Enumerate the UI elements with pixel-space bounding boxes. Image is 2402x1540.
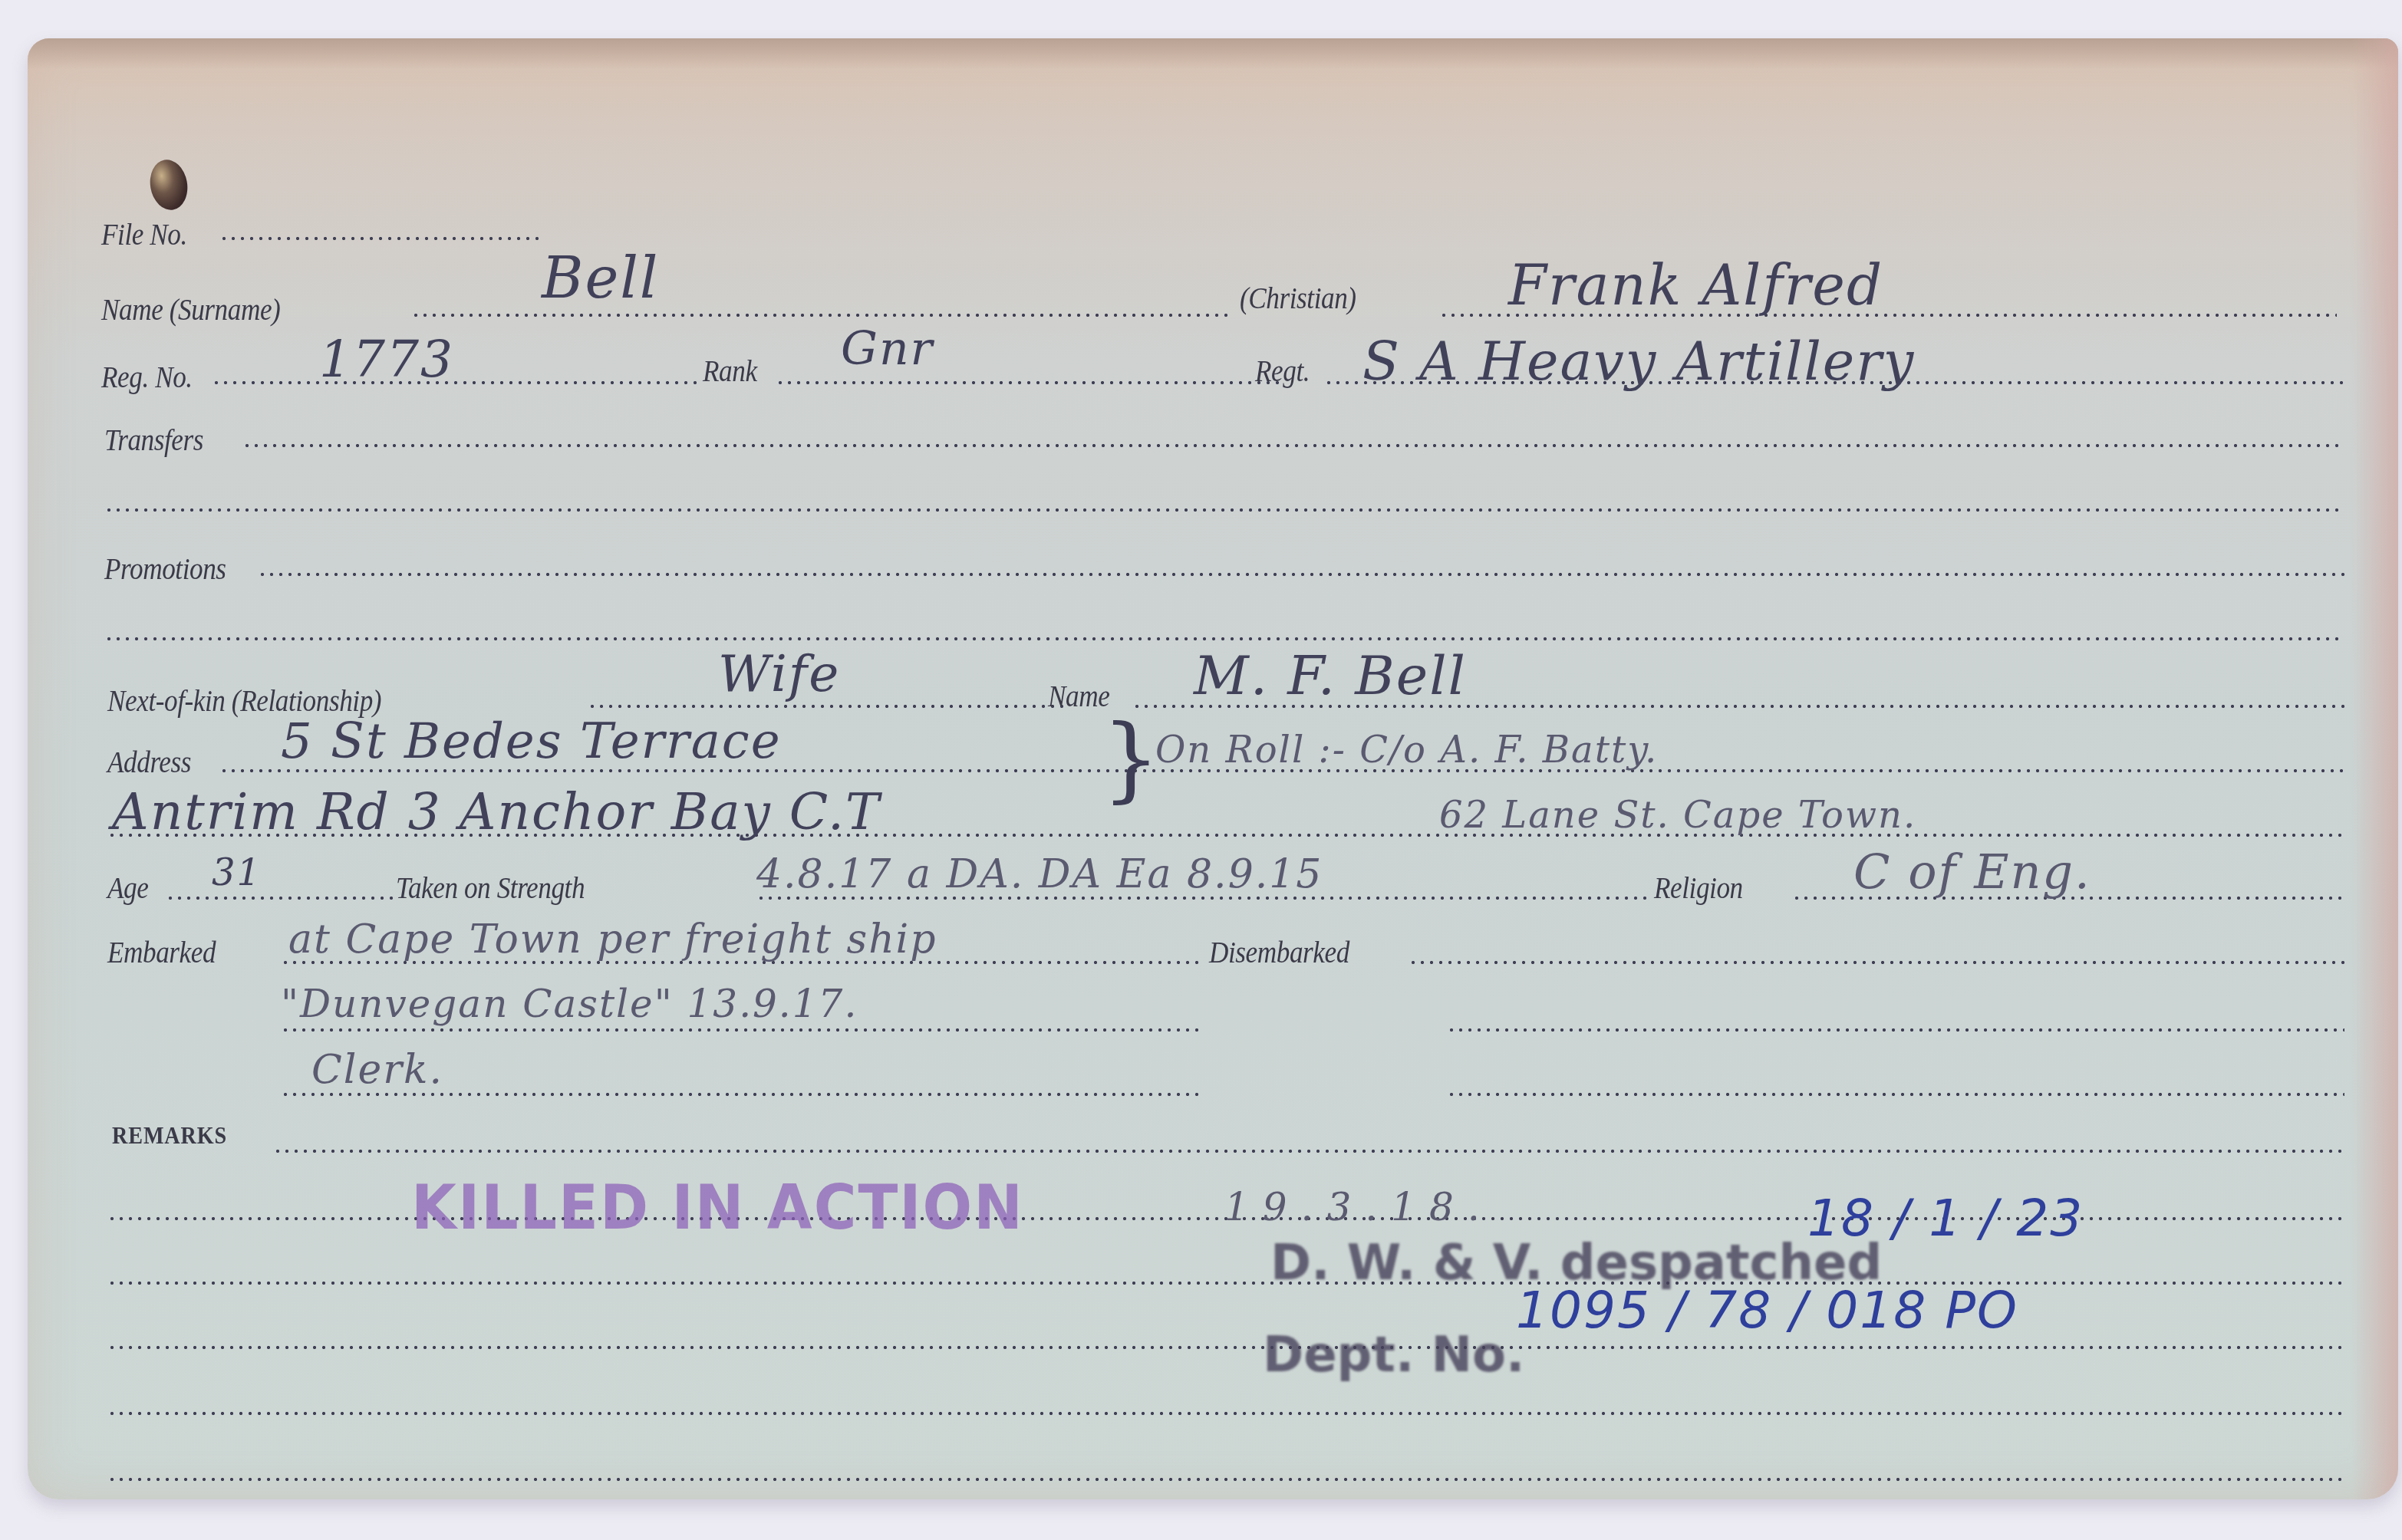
dwv-despatched-value: 18 / 1 / 23	[1807, 1189, 2084, 1248]
embarked-line-2	[281, 1028, 1201, 1032]
file-no-label: File No.	[101, 216, 187, 252]
remarks-label: REMARKS	[112, 1121, 227, 1150]
christian-name-label: (Christian)	[1240, 280, 1356, 316]
christian-name-value: Frank Alfred	[1508, 253, 1883, 318]
dept-no-value: 1095 / 78 / 018 PO	[1516, 1281, 2018, 1340]
surname-line	[411, 313, 1232, 318]
embarked-label: Embarked	[107, 934, 216, 970]
remarks-line-1	[273, 1149, 2344, 1153]
military-record-card: File No. Name (Surname) Bell (Christian)…	[28, 38, 2398, 1499]
address-line2-value: Antrim Rd 3 Anchor Bay C.T	[112, 782, 881, 841]
reg-no-line	[212, 380, 703, 385]
rivet-icon	[147, 156, 192, 212]
kin-name-label: Name	[1048, 678, 1109, 714]
reg-no-value: 1773	[319, 330, 454, 389]
remarks-line-4	[107, 1345, 2344, 1350]
relationship-line	[588, 704, 1063, 709]
promotions-label: Promotions	[104, 551, 226, 587]
disembarked-line-2	[1447, 1028, 2344, 1032]
promotions-line-2	[104, 637, 2344, 641]
on-roll-line2-value: 62 Lane St. Cape Town.	[1439, 794, 1916, 837]
address-line1-value: 5 St Bedes Terrace	[281, 713, 782, 770]
disembarked-line-3	[1447, 1092, 2344, 1097]
kin-name-value: M. F. Bell	[1194, 644, 1467, 707]
surname-label: Name (Surname)	[101, 291, 280, 327]
on-roll-line1-value: On Roll :- C/o A. F. Batty.	[1155, 729, 1658, 772]
disembarked-label: Disembarked	[1209, 934, 1349, 970]
age-line	[166, 896, 396, 900]
death-date-value: 19.3.18.	[1224, 1185, 1494, 1229]
reg-no-label: Reg. No.	[101, 359, 193, 395]
rank-label: Rank	[703, 353, 757, 389]
dept-no-stamp: Dept. No.	[1263, 1327, 1524, 1384]
embarked-line1-value: at Cape Town per freight ship	[288, 916, 937, 962]
address-label: Address	[107, 744, 191, 780]
taken-on-strength-label: Taken on Strength	[396, 870, 585, 906]
religion-value: C of Eng.	[1853, 844, 2091, 900]
transfers-line-2	[104, 508, 2344, 512]
rank-value: Gnr	[841, 322, 934, 376]
surname-value: Bell	[542, 245, 660, 311]
remarks-line-5	[107, 1411, 2344, 1416]
embarked-line3-value: Clerk.	[311, 1047, 443, 1093]
rank-line	[776, 380, 1282, 385]
relationship-value: Wife	[718, 644, 840, 703]
transfers-line-1	[242, 443, 2344, 448]
religion-label: Religion	[1654, 870, 1743, 906]
promotions-line-1	[258, 572, 2344, 577]
remarks-line-6	[107, 1477, 2344, 1482]
file-no-line	[219, 236, 542, 241]
killed-in-action-stamp: KILLED IN ACTION	[411, 1172, 1024, 1243]
embarked-line2-value: "Dunvegan Castle" 13.9.17.	[281, 982, 858, 1026]
age-value: 31	[212, 851, 262, 894]
brace-icon: }	[1102, 713, 1160, 805]
regt-label: Regt.	[1255, 353, 1310, 389]
regt-value: S A Heavy Artillery	[1362, 330, 1915, 393]
disembarked-line-1	[1409, 960, 2344, 965]
transfers-label: Transfers	[104, 422, 203, 458]
taken-on-strength-value: 4.8.17 a DA. DA Ea 8.9.15	[756, 851, 1323, 897]
age-label: Age	[107, 870, 148, 906]
